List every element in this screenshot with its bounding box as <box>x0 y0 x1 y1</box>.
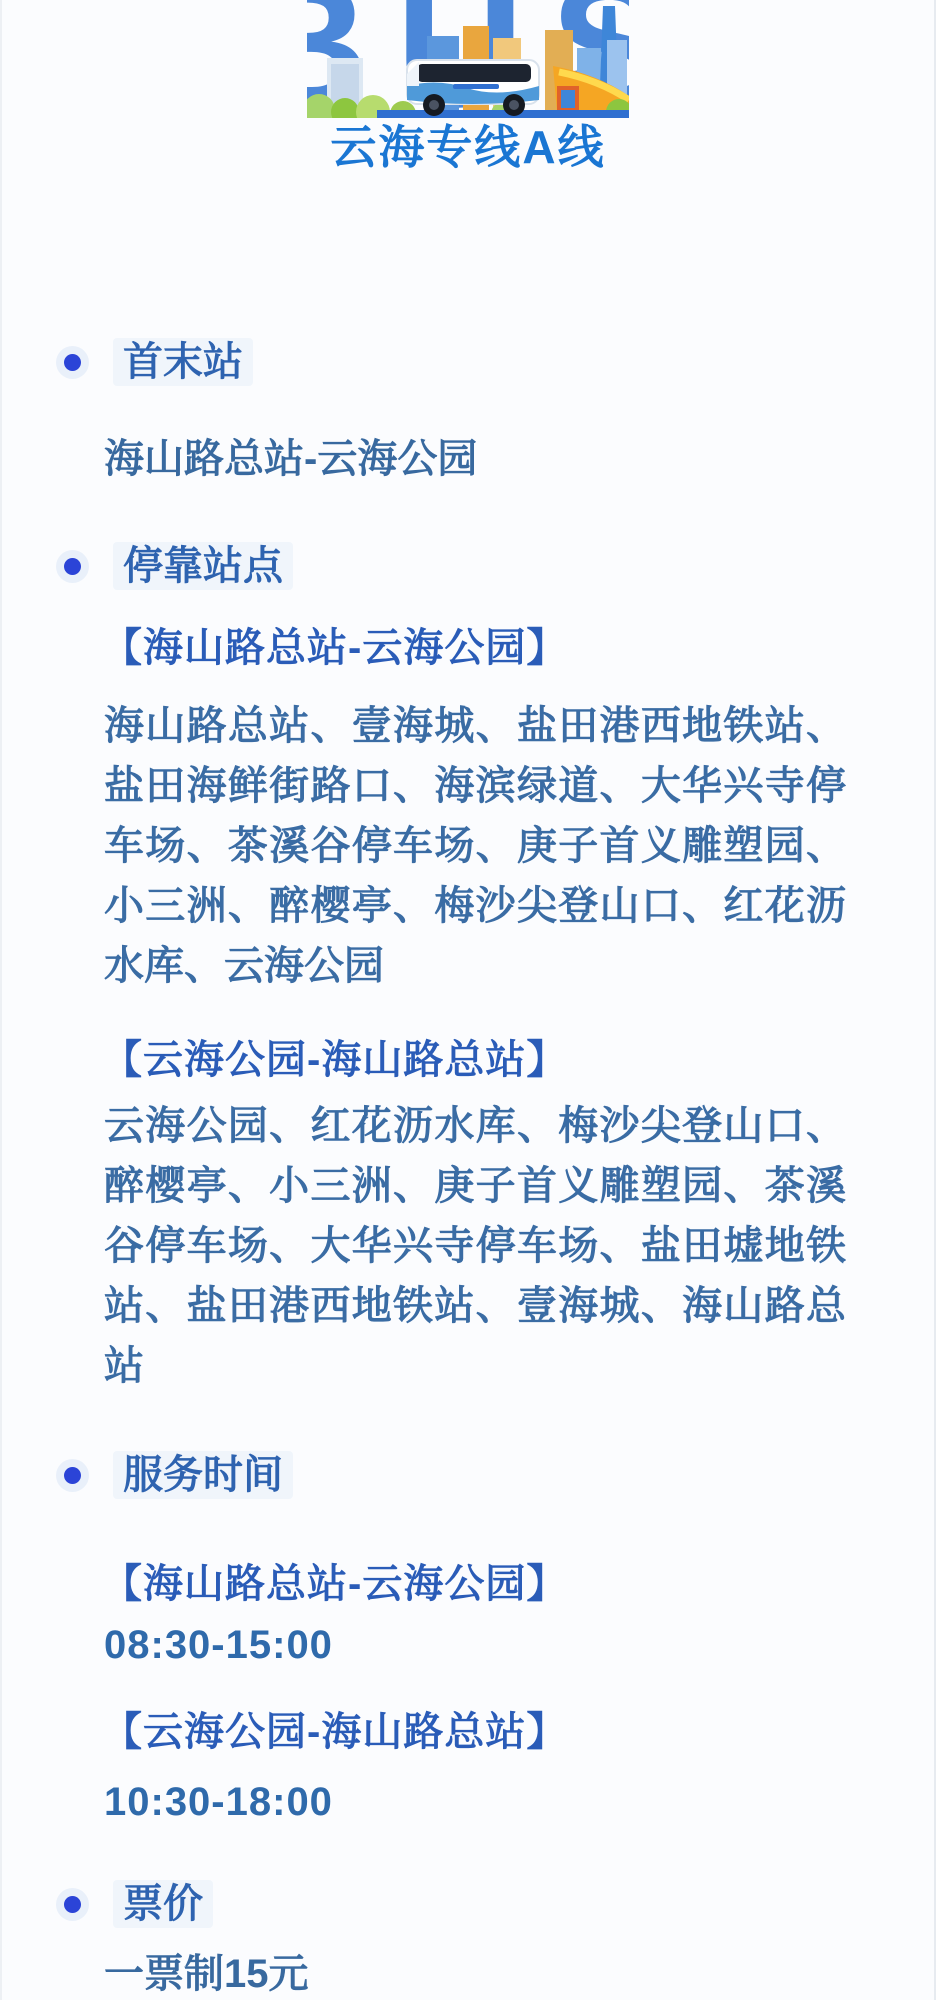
stops-direction-b-list: 云海公园、红花沥水库、梅沙尖登山口、醉樱亭、小三洲、庚子首义雕塑园、茶溪谷停车场… <box>104 1096 846 1396</box>
stops-direction-b-header: 【云海公园-海山路总站】 <box>102 1038 934 1082</box>
bullet-dot-icon <box>64 558 81 575</box>
bus-illustration: BUS <box>307 0 629 118</box>
service-direction-b-header: 【云海公园-海山路总站】 <box>102 1710 934 1754</box>
stops-heading: 停靠站点 <box>113 542 293 590</box>
bullet-dot-icon <box>64 354 81 371</box>
service-direction-a-header: 【海山路总站-云海公园】 <box>102 1562 934 1606</box>
bullet-dot-icon <box>64 1467 81 1484</box>
section-fare: 票价 <box>64 1880 934 1928</box>
stops-direction-a-header: 【海山路总站-云海公园】 <box>102 626 934 670</box>
bus-line-info-page: BUS <box>0 0 936 2000</box>
service-direction-a-time: 08:30-15:00 <box>104 1623 934 1667</box>
fare-value: 一票制15元 <box>104 1952 934 1996</box>
service-direction-b-time: 10:30-18:00 <box>104 1780 934 1824</box>
page-title: 云海专线A线 <box>2 124 934 170</box>
section-terminals: 首末站 <box>64 338 934 386</box>
bullet-dot-icon <box>64 1896 81 1913</box>
stops-direction-a-list: 海山路总站、壹海城、盐田港西地铁站、盐田海鲜街路口、海滨绿道、大华兴寺停车场、茶… <box>104 696 846 996</box>
terminals-heading: 首末站 <box>113 338 253 386</box>
section-service-hours: 服务时间 <box>64 1451 934 1499</box>
base-strip <box>377 110 629 118</box>
fare-heading: 票价 <box>113 1880 213 1928</box>
terminals-route: 海山路总站-云海公园 <box>104 437 934 481</box>
service-hours-heading: 服务时间 <box>113 1451 293 1499</box>
section-stops: 停靠站点 <box>64 542 934 590</box>
